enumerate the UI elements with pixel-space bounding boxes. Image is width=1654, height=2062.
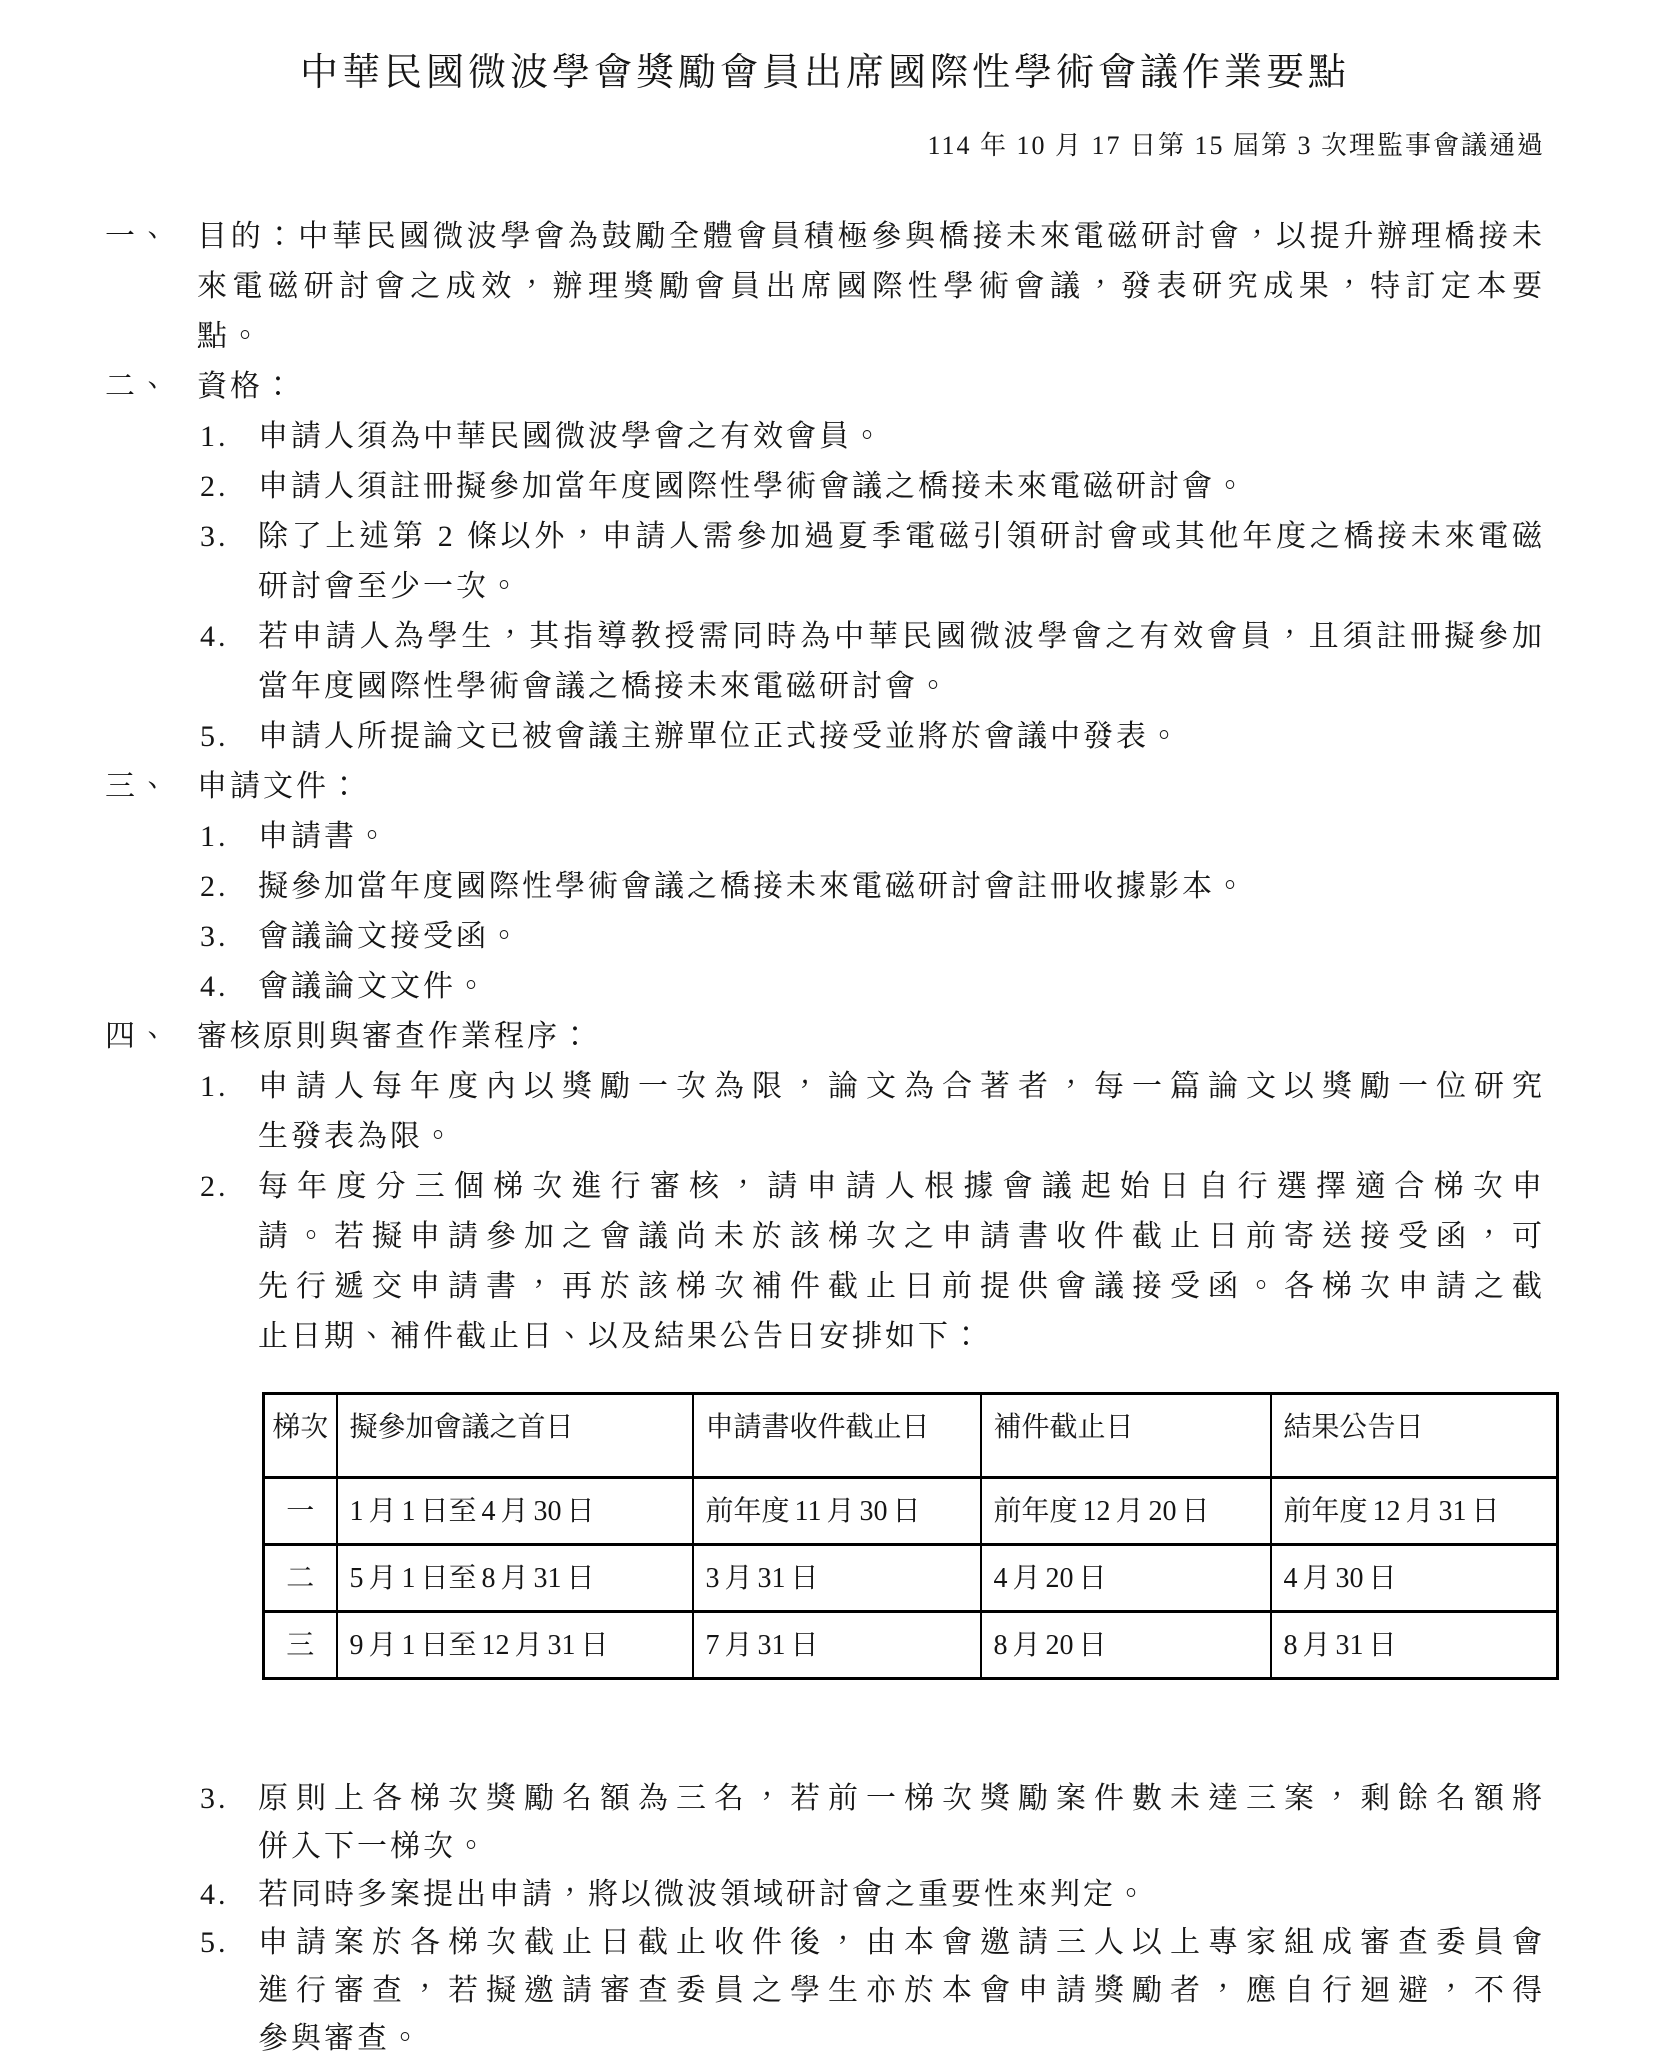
table-header-cell: 梯次 <box>264 1394 337 1478</box>
item-number: 1. <box>200 1062 258 1112</box>
item-number: 4. <box>200 1871 258 1919</box>
list-item: 5. 申請案於各梯次截止日截止收件後，由本會邀請三人以上專家組成審查委員會進行審… <box>200 1919 1545 2062</box>
table-cell: 9 月 1 日至 12 月 31 日 <box>337 1612 693 1679</box>
table-header-cell: 結果公告日 <box>1271 1394 1558 1478</box>
document-body: 一、 目的：中華民國微波學會為鼓勵全體會員積極參與橋接未來電磁研討會，以提升辦理… <box>105 212 1545 2062</box>
section-label: 二、 <box>105 362 197 412</box>
list-item: 3. 原則上各梯次獎勵名額為三名，若前一梯次獎勵案件數未達三案，剩餘名額將併入下… <box>200 1775 1545 1871</box>
list-item: 2. 擬參加當年度國際性學術會議之橋接未來電磁研討會註冊收據影本。 <box>200 862 1545 912</box>
item-number: 1. <box>200 412 258 462</box>
section-heading: 申請文件： <box>197 762 1545 812</box>
section-paragraph: 目的：中華民國微波學會為鼓勵全體會員積極參與橋接未來電磁研討會，以提升辦理橋接未… <box>197 212 1545 362</box>
section-eligibility: 二、 資格： <box>105 362 1545 412</box>
item-text: 申請人須註冊擬參加當年度國際性學術會議之橋接未來電磁研討會。 <box>258 462 1545 512</box>
table-header-cell: 申請書收件截止日 <box>693 1394 981 1478</box>
section-heading: 審核原則與審查作業程序： <box>197 1012 1545 1062</box>
table-cell: 三 <box>264 1612 337 1679</box>
table-cell: 二 <box>264 1545 337 1612</box>
item-text: 申請人須為中華民國微波學會之有效會員。 <box>258 412 1545 462</box>
item-number: 5. <box>200 1919 258 1967</box>
section-label: 一、 <box>105 212 197 262</box>
section-documents: 三、 申請文件： <box>105 762 1545 812</box>
table-cell: 4 月 30 日 <box>1271 1545 1558 1612</box>
item-number: 3. <box>200 912 258 962</box>
item-number: 5. <box>200 712 258 762</box>
item-number: 3. <box>200 1775 258 1823</box>
item-number: 2. <box>200 862 258 912</box>
table-cell: 3 月 31 日 <box>693 1545 981 1612</box>
item-text: 擬參加當年度國際性學術會議之橋接未來電磁研討會註冊收據影本。 <box>258 862 1545 912</box>
item-text: 申請書。 <box>258 812 1545 862</box>
list-item: 4. 若申請人為學生，其指導教授需同時為中華民國微波學會之有效會員，且須註冊擬參… <box>200 612 1545 712</box>
item-number: 2. <box>200 1162 258 1212</box>
document-page: 中華民國微波學會獎勵會員出席國際性學術會議作業要點 114 年 10 月 17 … <box>0 0 1654 2062</box>
list-item: 4. 會議論文文件。 <box>200 962 1545 1012</box>
item-text: 原則上各梯次獎勵名額為三名，若前一梯次獎勵案件數未達三案，剩餘名額將併入下一梯次… <box>258 1775 1545 1871</box>
list-item: 3. 會議論文接受函。 <box>200 912 1545 962</box>
section-label: 四、 <box>105 1012 197 1062</box>
item-text: 若申請人為學生，其指導教授需同時為中華民國微波學會之有效會員，且須註冊擬參加當年… <box>258 612 1545 712</box>
list-item: 1. 申請書。 <box>200 812 1545 862</box>
table-cell: 前年度 12 月 20 日 <box>981 1478 1271 1545</box>
list-item: 2. 每年度分三個梯次進行審核，請申請人根據會議起始日自行選擇適合梯次申請。若擬… <box>200 1162 1545 1362</box>
list-item: 2. 申請人須註冊擬參加當年度國際性學術會議之橋接未來電磁研討會。 <box>200 462 1545 512</box>
table-cell: 前年度 11 月 30 日 <box>693 1478 981 1545</box>
table-cell: 1 月 1 日至 4 月 30 日 <box>337 1478 693 1545</box>
table-cell: 4 月 20 日 <box>981 1545 1271 1612</box>
item-text: 申請人每年度內以獎勵一次為限，論文為合著者，每一篇論文以獎勵一位研究生發表為限。 <box>258 1062 1545 1162</box>
approval-note: 114 年 10 月 17 日第 15 屆第 3 次理監事會議通過 <box>105 128 1545 164</box>
table-cell: 一 <box>264 1478 337 1545</box>
table-header-cell: 補件截止日 <box>981 1394 1271 1478</box>
table-header-row: 梯次 擬參加會議之首日 申請書收件截止日 補件截止日 結果公告日 <box>264 1394 1558 1478</box>
list-item: 1. 申請人須為中華民國微波學會之有效會員。 <box>200 412 1545 462</box>
section-heading: 資格： <box>197 362 1545 412</box>
item-number: 1. <box>200 812 258 862</box>
item-number: 3. <box>200 512 258 562</box>
section-review: 四、 審核原則與審查作業程序： <box>105 1012 1545 1062</box>
list-item: 5. 申請人所提論文已被會議主辦單位正式接受並將於會議中發表。 <box>200 712 1545 762</box>
doc-title: 中華民國微波學會獎勵會員出席國際性學術會議作業要點 <box>105 45 1545 101</box>
schedule-table: 梯次 擬參加會議之首日 申請書收件截止日 補件截止日 結果公告日 一 1 月 1… <box>262 1392 1559 1680</box>
item-number: 4. <box>200 612 258 662</box>
list-item: 3. 除了上述第 2 條以外，申請人需參加過夏季電磁引領研討會或其他年度之橋接未… <box>200 512 1545 612</box>
item-text: 會議論文接受函。 <box>258 912 1545 962</box>
item-text: 每年度分三個梯次進行審核，請申請人根據會議起始日自行選擇適合梯次申請。若擬申請參… <box>258 1162 1545 1362</box>
item-text: 若同時多案提出申請，將以微波領域研討會之重要性來判定。 <box>258 1871 1545 1919</box>
table-cell: 7 月 31 日 <box>693 1612 981 1679</box>
item-text: 申請案於各梯次截止日截止收件後，由本會邀請三人以上專家組成審查委員會進行審查，若… <box>258 1919 1545 2062</box>
item-text: 會議論文文件。 <box>258 962 1545 1012</box>
list-item: 4. 若同時多案提出申請，將以微波領域研討會之重要性來判定。 <box>200 1871 1545 1919</box>
table-row: 一 1 月 1 日至 4 月 30 日 前年度 11 月 30 日 前年度 12… <box>264 1478 1558 1545</box>
table-row: 二 5 月 1 日至 8 月 31 日 3 月 31 日 4 月 20 日 4 … <box>264 1545 1558 1612</box>
table-cell: 前年度 12 月 31 日 <box>1271 1478 1558 1545</box>
section-purpose: 一、 目的：中華民國微波學會為鼓勵全體會員積極參與橋接未來電磁研討會，以提升辦理… <box>105 212 1545 362</box>
section-review-continued: 3. 原則上各梯次獎勵名額為三名，若前一梯次獎勵案件數未達三案，剩餘名額將併入下… <box>105 1775 1545 2062</box>
item-number: 2. <box>200 462 258 512</box>
section-label: 三、 <box>105 762 197 812</box>
table-cell: 8 月 20 日 <box>981 1612 1271 1679</box>
item-number: 4. <box>200 962 258 1012</box>
table-row: 三 9 月 1 日至 12 月 31 日 7 月 31 日 8 月 20 日 8… <box>264 1612 1558 1679</box>
item-text: 申請人所提論文已被會議主辦單位正式接受並將於會議中發表。 <box>258 712 1545 762</box>
item-text: 除了上述第 2 條以外，申請人需參加過夏季電磁引領研討會或其他年度之橋接未來電磁… <box>258 512 1545 612</box>
table-cell: 5 月 1 日至 8 月 31 日 <box>337 1545 693 1612</box>
table-header-cell: 擬參加會議之首日 <box>337 1394 693 1478</box>
list-item: 1. 申請人每年度內以獎勵一次為限，論文為合著者，每一篇論文以獎勵一位研究生發表… <box>200 1062 1545 1162</box>
table-cell: 8 月 31 日 <box>1271 1612 1558 1679</box>
